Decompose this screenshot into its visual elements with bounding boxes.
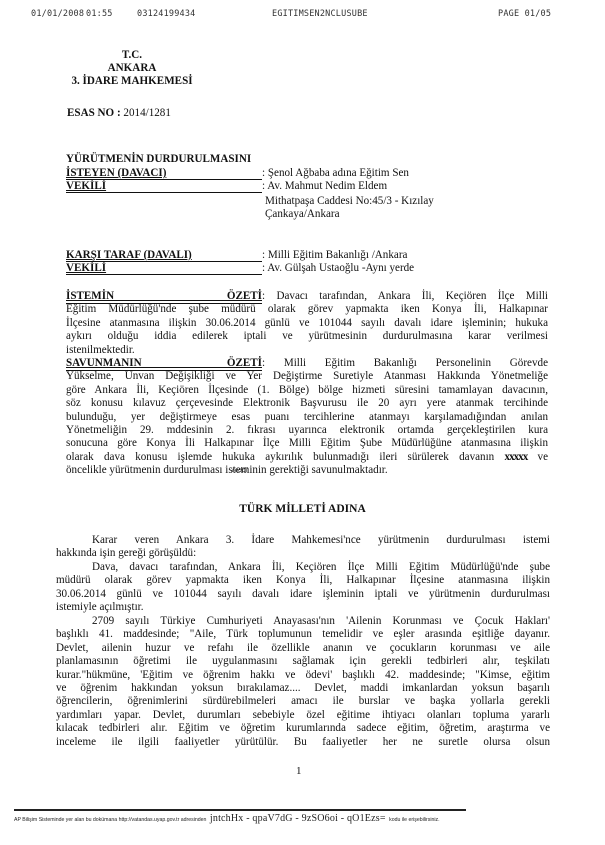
defense-summary-line: Yönetmeliğin 29. mddesinin 2. fıkrası uy… — [66, 424, 548, 437]
footer-divider — [14, 809, 466, 811]
defense-summary-line: öncelikle yürütmenin durdurulması istemi… — [66, 464, 548, 477]
struck-out-word: xxxxx — [505, 451, 528, 463]
fax-phone-number: 03124199434 — [137, 9, 196, 19]
fax-time: 01:55 — [86, 9, 113, 19]
request-summary-label: İSTEMİN ÖZETİ — [66, 290, 262, 304]
body-paragraph-2: Dava, davacı tarafından, Ankara İli, Keç… — [56, 561, 550, 615]
body-line: müdürü olarak görev yapmakta iken Konya … — [56, 574, 550, 587]
body-line: kurar."hükmüne, 'Eğitim ve öğrenim hakkı… — [56, 669, 550, 682]
request-summary-line: istenilmektedir. — [66, 344, 548, 357]
request-summary-line: Eğitim Müdürlüğü'nde şube müdürü olarak … — [66, 303, 548, 316]
page-number: 1 — [296, 765, 302, 778]
defense-summary-line: olarak dava konusu işlemde hukuka aykırı… — [66, 451, 548, 464]
body-line: ve öğrenim hakkından yoksun bırakılamaz.… — [56, 682, 550, 695]
plaintiff-value: : Şenol Ağbaba adına Eğitim Sen — [262, 167, 409, 180]
body-line: inceleme ile ilgili faaliyetler yürütülü… — [56, 736, 550, 749]
court-republic: T.C. — [72, 49, 192, 62]
fax-station-id: EGITIMSEN2NCLUSUBE — [272, 9, 368, 19]
defense-summary: SAVUNMANIN ÖZETİ: Milli Eğitim Bakanlığı… — [66, 357, 548, 478]
plaintiff-label: İSTEYEN (DAVACI) — [66, 167, 262, 180]
body-line: Karar veren Ankara 3. İdare Mahkemesi'nc… — [56, 534, 550, 547]
defense-summary-line: göre Ankara İli, Keçiören İlçesinde (1. … — [66, 384, 548, 397]
defense-summary-line: bulunduğu, yer değiştirmeye esas puanı t… — [66, 411, 548, 424]
case-number: ESAS NO : 2014/1281 — [67, 107, 171, 120]
body-line: 30.06.2014 günlü ve 101044 sayılı davalı… — [56, 588, 550, 601]
body-line: planlamasının öğretimi ile uygulanmasını… — [56, 655, 550, 668]
defendant-counsel-label: VEKİLİ — [66, 262, 262, 275]
plaintiff-counsel-value: : Av. Mahmut Nedim Eldem — [262, 180, 387, 193]
defense-summary-line: SAVUNMANIN ÖZETİ: Milli Eğitim Bakanlığı… — [66, 357, 548, 370]
request-summary: İSTEMİN ÖZETİ: Davacı tarafından, Ankara… — [66, 290, 548, 357]
body-line: öğrencilerin, öğrenimlerini sürdürebilme… — [56, 695, 550, 708]
defense-summary-line: Yükselme, Unvan Değişikliği ve Yer Değiş… — [66, 370, 548, 383]
body-line: 2709 sayılı Türkiye Cumhuriyeti Anayasas… — [56, 615, 550, 628]
body-paragraph-1: Karar veren Ankara 3. İdare Mahkemesi'nc… — [56, 534, 550, 561]
request-summary-line: İSTEMİN ÖZETİ: Davacı tarafından, Ankara… — [66, 290, 548, 303]
verification-code: jntchHx - qpaV7dG - 9zSO6oi - qO1Ezs= — [210, 813, 386, 824]
court-name: 3. İDARE MAHKEMESİ — [62, 75, 202, 88]
body-line: Devlet, ailenin huzur ve refahı ile özel… — [56, 642, 550, 655]
defendant-value: : Milli Eğitim Bakanlığı /Ankara — [262, 249, 407, 262]
body-line: istemiyle açılmıştır. — [56, 601, 550, 614]
body-line: kılacak tedbirleri alır. Eğitim ve öğret… — [56, 722, 550, 735]
footer-suffix: kodu ile erişebilirsiniz. — [389, 817, 439, 823]
plaintiff-counsel-address-line2: Çankaya/Ankara — [265, 208, 340, 221]
defendant-label: KARŞI TARAF (DAVALI) — [66, 249, 262, 262]
request-summary-line: İlçesine atanmasına ilişkin 30.06.2014 g… — [66, 317, 548, 330]
fax-date: 01/01/2008 — [31, 9, 84, 19]
body-line: Dava, davacı tarafından, Ankara İli, Keç… — [56, 561, 550, 574]
defense-summary-line: söz konusu kılavuz çerçevesinde Elektron… — [66, 397, 548, 410]
verdict-heading: TÜRK MİLLETİ ADINA — [0, 503, 605, 516]
body-line: hakkında işin gereği görüşüldü: — [56, 547, 550, 560]
uyap-verification-footer: AP Bilişim Sisteminde yer alan bu doküma… — [14, 813, 440, 824]
body-line: yardımları yapar. Devlet, durumları sebe… — [56, 709, 550, 722]
handwritten-annotation: reddi — [232, 464, 247, 477]
plaintiff-counsel-address-line1: Mithatpaşa Caddesi No:45/3 - Kızılay — [265, 195, 434, 208]
defense-summary-line: sonucuna göre Konya İli Halkapınar İlçe … — [66, 437, 548, 450]
request-summary-line: aykırı olduğu iddia edilerek iptali ve y… — [66, 330, 548, 343]
case-number-value: 2014/1281 — [123, 107, 170, 119]
body-paragraph-3: 2709 sayılı Türkiye Cumhuriyeti Anayasas… — [56, 615, 550, 749]
plaintiff-counsel-label: VEKİLİ — [66, 180, 262, 193]
court-city: ANKARA — [72, 62, 192, 75]
footer-prefix: AP Bilişim Sisteminde yer alan bu doküma… — [14, 817, 206, 823]
fax-page-counter: PAGE 01/05 — [498, 9, 551, 19]
defense-summary-label: SAVUNMANIN ÖZETİ — [66, 357, 262, 371]
parties-heading: YÜRÜTMENİN DURDURULMASINI — [66, 153, 251, 166]
defendant-counsel-value: : Av. Gülşah Ustaoğlu -Aynı yerde — [262, 262, 414, 275]
body-line: başlıklı 41. maddesinde; "Aile, Türk top… — [56, 628, 550, 641]
case-number-label: ESAS NO — [67, 107, 114, 119]
